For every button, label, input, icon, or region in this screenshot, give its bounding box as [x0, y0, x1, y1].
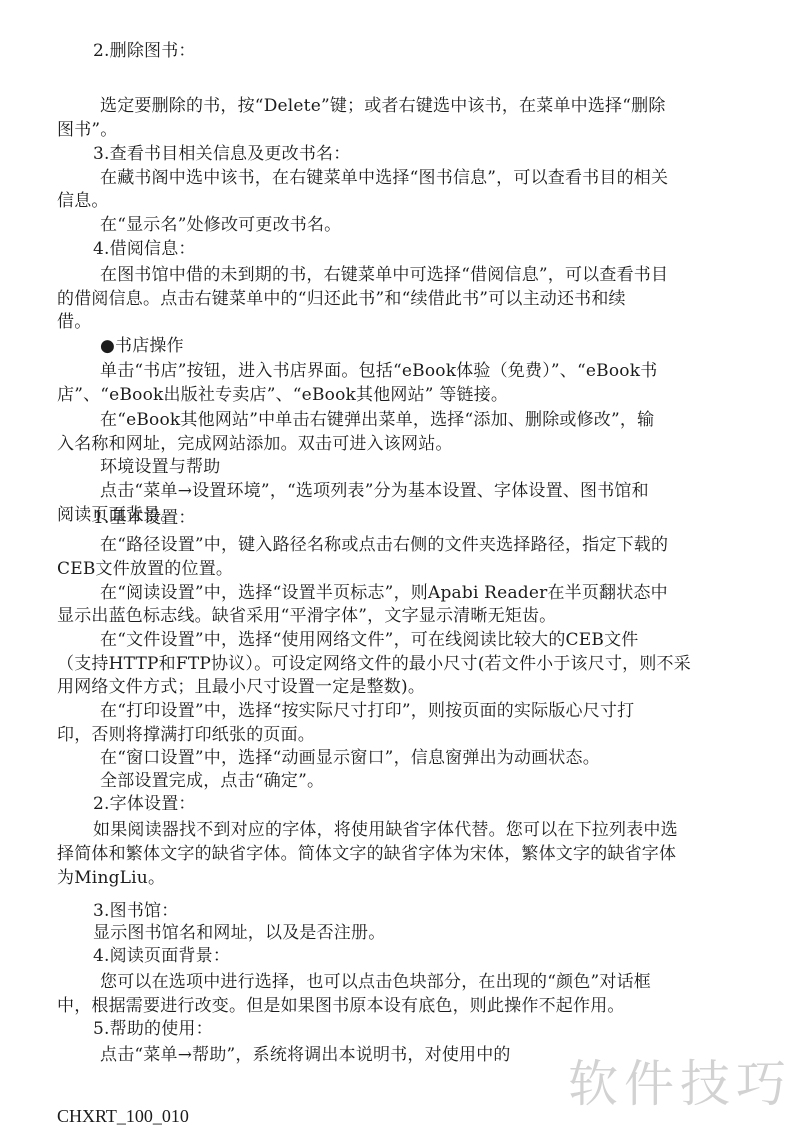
document-page: 2.删除图书：选定要删除的书，按“Delete”键；或者右键选中该书，在菜单中选…: [0, 0, 800, 1138]
text-line: 在藏书阁中选中该书，在右键菜单中选择“图书信息”，可以查看书目的相关: [100, 167, 668, 189]
text-line: 点击“菜单→设置环境”，“选项列表”分为基本设置、字体设置、图书馆和: [100, 480, 649, 502]
text-line: 信息。: [57, 190, 109, 212]
text-line: 显示出蓝色标志线。缺省采用“平滑字体”，文字显示清晰无矩齿。: [57, 605, 556, 627]
text-line: ●书店操作: [100, 335, 184, 357]
text-line: 全部设置完成，点击“确定”。: [100, 770, 324, 792]
text-line: CEB文件放置的位置。: [57, 558, 233, 580]
text-line: 中，根据需要进行改变。但是如果图书原本设有底色，则此操作不起作用。: [57, 995, 625, 1017]
text-line: 择简体和繁体文字的缺省字体。简体文字的缺省字体为宋体，繁体文字的缺省字体: [57, 843, 676, 865]
text-line: 借。: [57, 311, 91, 333]
text-line: 印，否则将撑满打印纸张的页面。: [57, 724, 315, 746]
watermark-text: 软件技巧: [568, 1044, 792, 1116]
text-line: 选定要删除的书，按“Delete”键；或者右键选中该书，在菜单中选择“删除: [100, 95, 666, 117]
text-line: 店”、“eBook出版社专卖店”、“eBook其他网站” 等链接。: [57, 384, 508, 406]
text-line: 在“eBook其他网站”中单击右键弹出菜单，选择“添加、删除或修改”，输: [100, 409, 654, 431]
text-line: 5.帮助的使用：: [93, 1018, 213, 1040]
text-line: 在“文件设置”中，选择“使用网络文件”，可在线阅读比较大的CEB文件: [100, 629, 638, 651]
text-line: 2.删除图书：: [93, 40, 196, 62]
text-line: 在“阅读设置”中，选择“设置半页标志”，则Apabi Reader在半页翻状态中: [100, 582, 668, 604]
document-footer-code: CHXRT_100_010: [57, 1106, 189, 1127]
text-line: 在“打印设置”中，选择“按实际尺寸打印”，则按页面的实际版心尺寸打: [100, 700, 634, 722]
text-line: 您可以在选项中进行选择，也可以点击色块部分，在出现的“颜色”对话框: [100, 971, 651, 993]
text-line: 3.查看书目相关信息及更改书名：: [93, 143, 350, 165]
text-line: 点击“菜单→帮助”，系统将调出本说明书，对使用中的: [100, 1044, 511, 1066]
text-line: 环境设置与帮助: [100, 456, 220, 478]
text-line: 的借阅信息。点击右键菜单中的“归还此书”和“续借此书”可以主动还书和续: [57, 288, 626, 310]
text-line: 用网络文件方式；且最小尺寸设置一定是整数)。: [57, 676, 425, 698]
text-line: 单击“书店”按钮，进入书店界面。包括“eBook体验（免费）”、“eBook书: [100, 360, 657, 382]
text-line: 1.基本设置：: [93, 507, 196, 529]
text-line: 图书”。: [57, 119, 118, 141]
text-line: （支持HTTP和FTP协议）。可设定网络文件的最小尺寸(若文件小于该尺寸，则不采: [57, 653, 691, 675]
text-line: 4.借阅信息：: [93, 238, 196, 260]
text-line: 在“显示名”处修改可更改书名。: [100, 214, 341, 236]
text-line: 显示图书馆名和网址，以及是否注册。: [93, 922, 385, 944]
text-line: 3.图书馆：: [93, 900, 178, 922]
text-line: 在“路径设置”中，键入路径名称或点击右侧的文件夹选择路径，指定下载的: [100, 534, 668, 556]
text-line: 4.阅读页面背景：: [93, 945, 230, 967]
text-line: 在“窗口设置”中，选择“动画显示窗口”，信息窗弹出为动画状态。: [100, 747, 600, 769]
text-line: 入名称和网址，完成网站添加。双击可进入该网站。: [57, 433, 453, 455]
text-line: 2.字体设置：: [93, 793, 196, 815]
text-line: 如果阅读器找不到对应的字体，将使用缺省字体代替。您可以在下拉列表中选: [93, 819, 678, 841]
text-line: 在图书馆中借的未到期的书，右键菜单中可选择“借阅信息”，可以查看书目: [100, 264, 668, 286]
text-line: 为MingLiu。: [57, 867, 165, 889]
